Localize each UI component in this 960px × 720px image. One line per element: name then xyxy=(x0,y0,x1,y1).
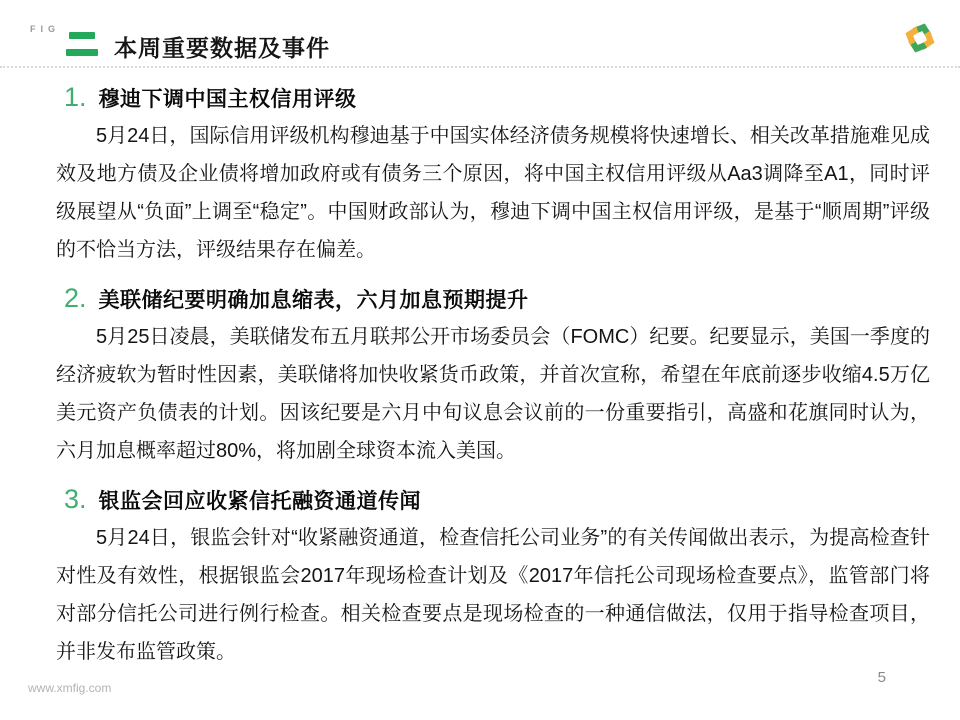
section-number: 1. xyxy=(64,82,87,112)
section-body: 5月25日凌晨，美联储发布五月联邦公开市场委员会（FOMC）纪要。纪要显示，美国… xyxy=(56,318,930,470)
page-title: 本周重要数据及事件 xyxy=(114,30,330,63)
section-body: 5月24日，国际信用评级机构穆迪基于中国实体经济债务规模将快速增长、相关改革措施… xyxy=(56,117,930,269)
slide: FIG 本周重要数据及事件 1. 穆迪下调中国主权信用评级 5月24日，国际信用… xyxy=(0,0,960,720)
section-heading: 银监会回应收紧信托融资通道传闻 xyxy=(99,485,422,515)
section-1-heading-row: 1. 穆迪下调中国主权信用评级 xyxy=(64,82,930,113)
section-two-marker xyxy=(66,32,98,56)
marker-bar-bottom xyxy=(66,49,98,56)
marker-bar-top xyxy=(69,32,95,39)
section-number: 2. xyxy=(64,283,87,313)
section-heading: 美联储纪要明确加息缩表，六月加息预期提升 xyxy=(99,284,529,314)
footer-url: www.xmfig.com xyxy=(28,681,111,695)
fig-pinwheel-logo-icon xyxy=(902,20,938,56)
section-2-heading-row: 2. 美联储纪要明确加息缩表，六月加息预期提升 xyxy=(64,283,930,314)
content: 1. 穆迪下调中国主权信用评级 5月24日，国际信用评级机构穆迪基于中国实体经济… xyxy=(30,70,930,685)
section-number: 3. xyxy=(64,484,87,514)
page-number: 5 xyxy=(878,669,886,686)
header-divider xyxy=(0,66,960,68)
section-1: 1. 穆迪下调中国主权信用评级 5月24日，国际信用评级机构穆迪基于中国实体经济… xyxy=(30,82,930,269)
section-3: 3. 银监会回应收紧信托融资通道传闻 5月24日，银监会针对“收紧融资通道，检查… xyxy=(30,484,930,671)
section-heading: 穆迪下调中国主权信用评级 xyxy=(99,83,357,113)
section-3-heading-row: 3. 银监会回应收紧信托融资通道传闻 xyxy=(64,484,930,515)
section-2: 2. 美联储纪要明确加息缩表，六月加息预期提升 5月25日凌晨，美联储发布五月联… xyxy=(30,283,930,470)
brand-text: FIG xyxy=(30,24,60,34)
section-body: 5月24日，银监会针对“收紧融资通道，检查信托公司业务”的有关传闻做出表示，为提… xyxy=(56,519,930,671)
